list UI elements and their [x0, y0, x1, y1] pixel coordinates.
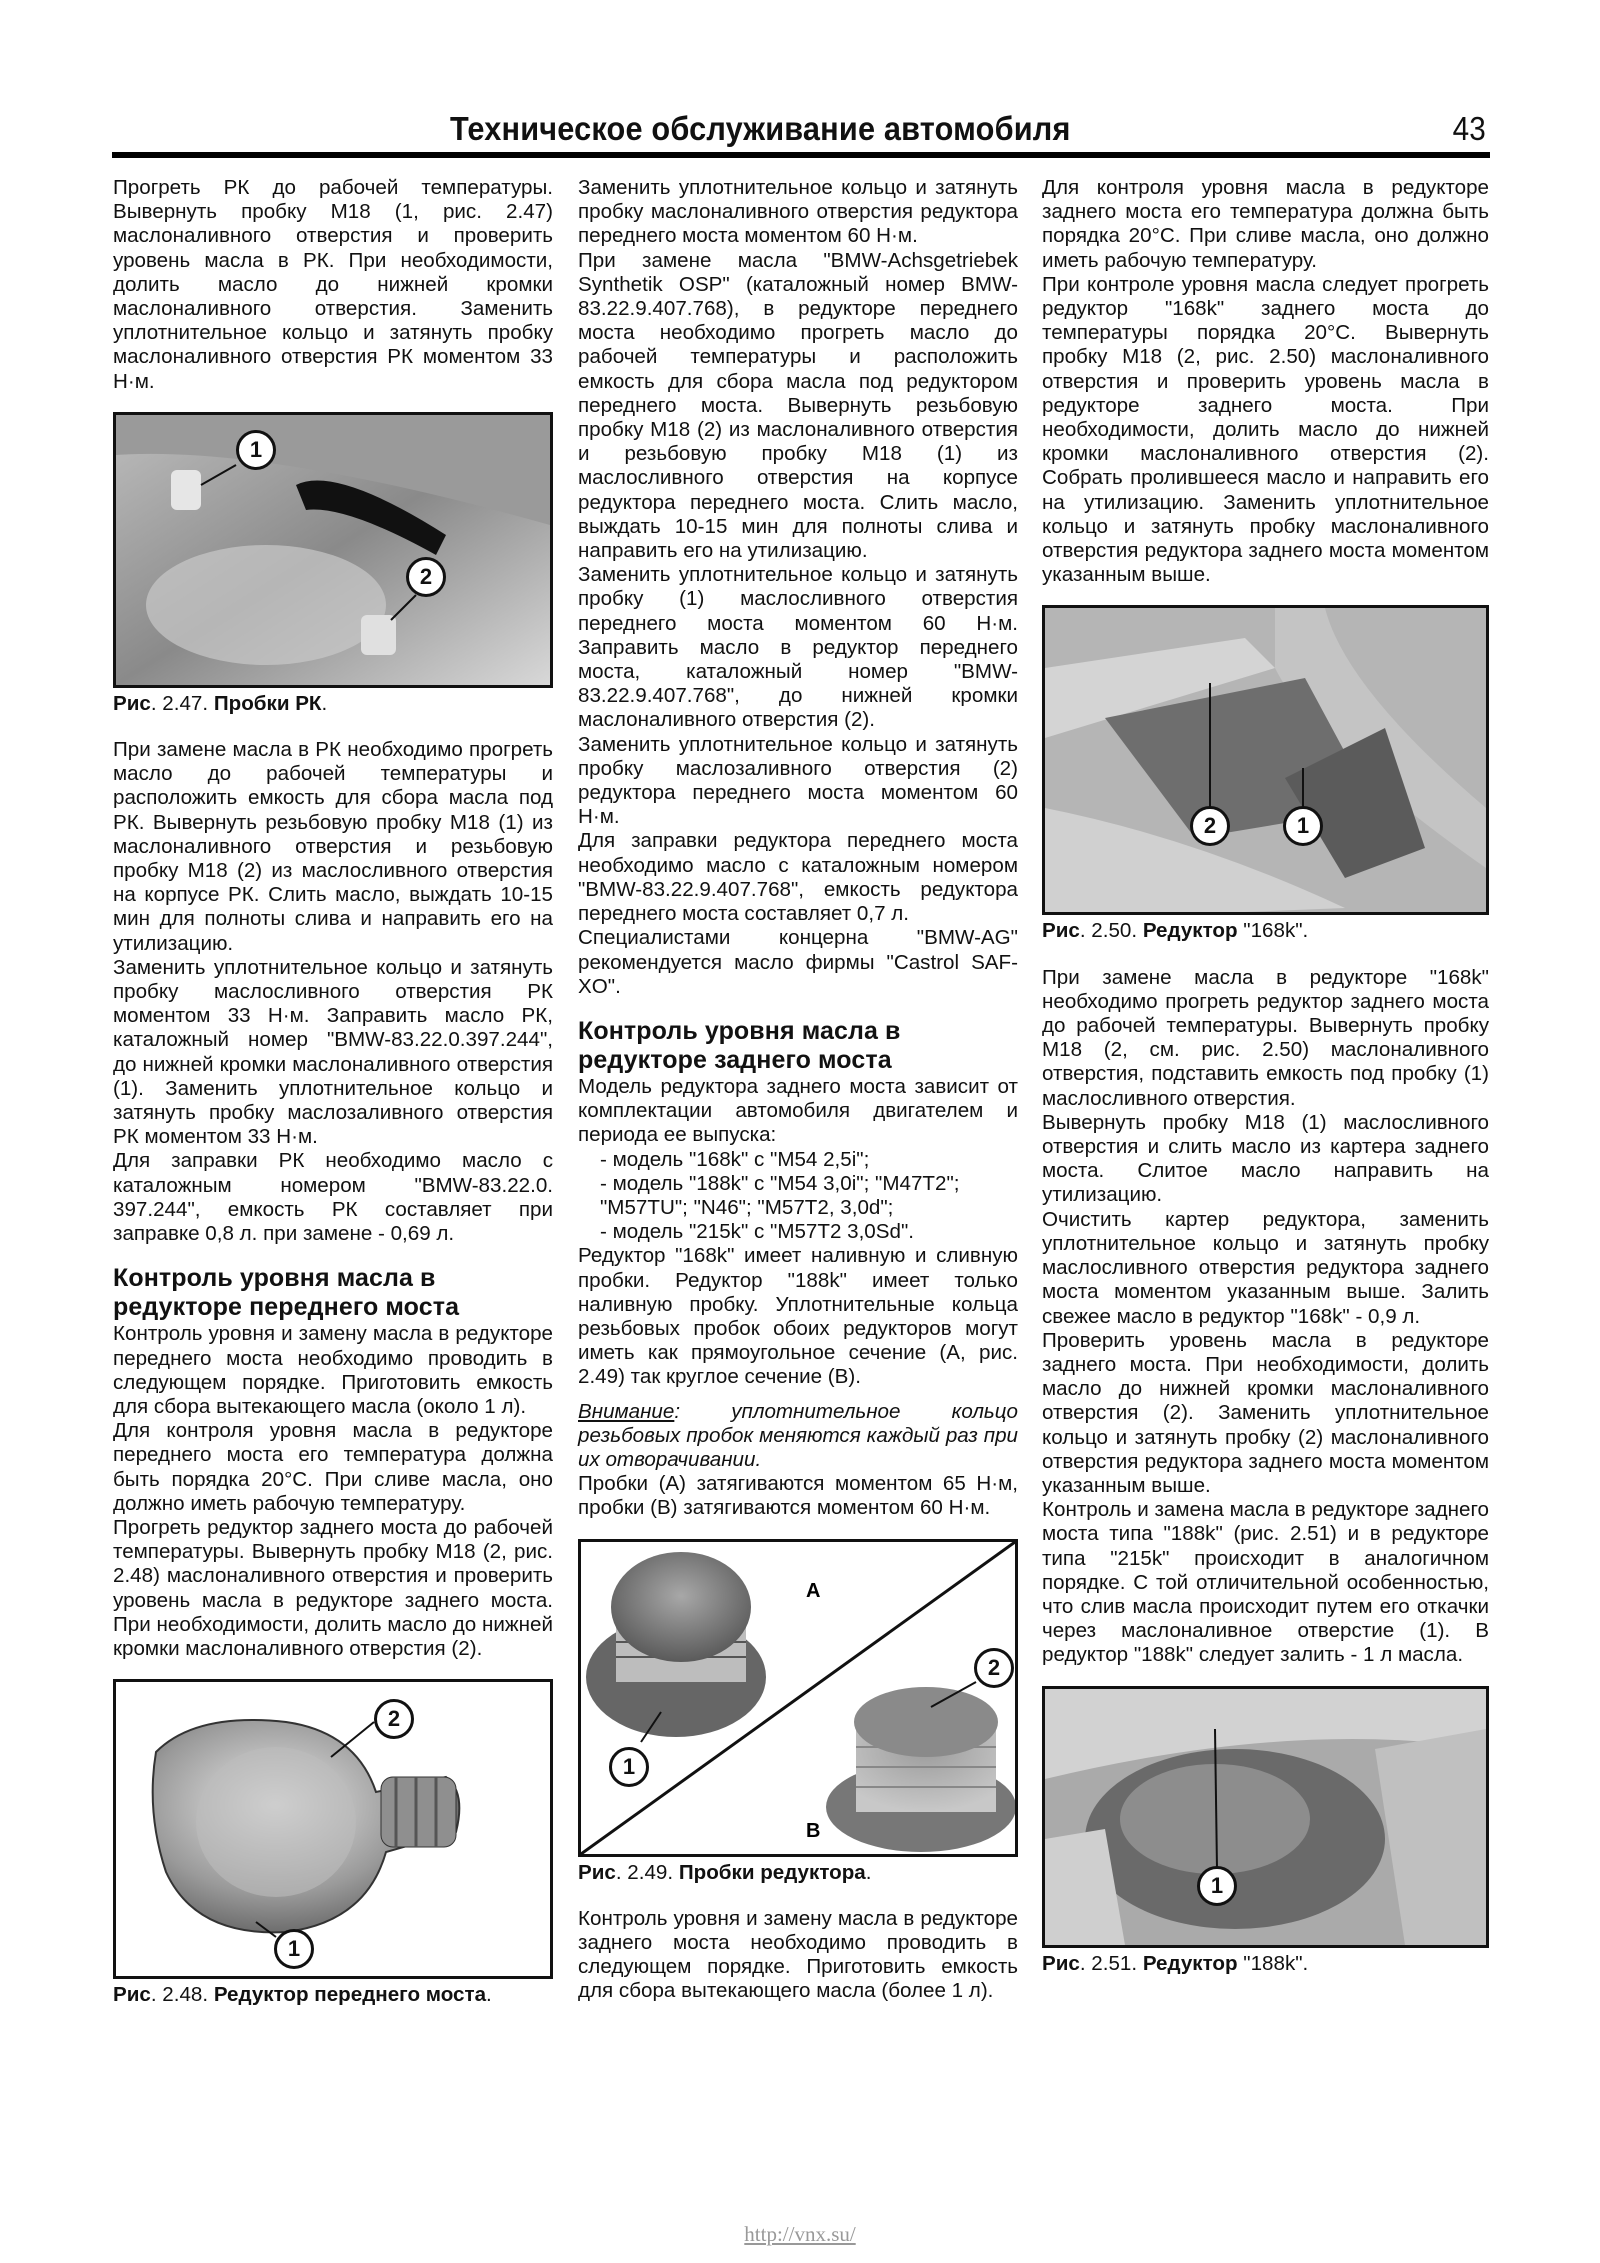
paragraph: При контроле уровня масла следует прогре…: [1042, 273, 1489, 588]
figure-2-51-caption: Рис. 2.51. Редуктор "188k".: [1042, 1952, 1489, 1976]
paragraph: Контроль уровня и замену масла в редукто…: [113, 1322, 553, 1419]
section-heading-front-axle: Контроль уровня масла в редукторе передн…: [113, 1264, 553, 1322]
paragraph: Прогреть редуктор заднего моста до рабоч…: [113, 1516, 553, 1661]
figure-2-48-image: 2 1: [113, 1679, 553, 1979]
paragraph: Прогреть РК до рабочей температуры. Выве…: [113, 176, 553, 394]
figure-2-51-image: 1: [1042, 1686, 1489, 1948]
callout-2: 2: [974, 1648, 1014, 1688]
callout-1: 1: [1197, 1866, 1237, 1906]
warning-label: Внимание: [578, 1400, 674, 1423]
paragraph: При замене масла в редукторе "168k" необ…: [1042, 966, 1489, 1111]
model-list-item: - модель "168k" с "M54 2,5i";: [578, 1148, 1018, 1172]
paragraph: Для контроля уровня масла в редукторе за…: [1042, 176, 1489, 273]
label-a: A: [806, 1580, 820, 1602]
callout-2: 2: [374, 1699, 414, 1739]
paragraph: Пробки (А) затягиваются моментом 65 Н·м,…: [578, 1472, 1018, 1520]
paragraph: Заменить уплотнительное кольцо и затянут…: [578, 563, 1018, 732]
paragraph: Вывернуть пробку М18 (1) маслосливного о…: [1042, 1111, 1489, 1208]
paragraph: Модель редуктора заднего моста зависит о…: [578, 1075, 1018, 1148]
paragraph: Для заправки РК необходимо масло с катал…: [113, 1149, 553, 1246]
paragraph: Заменить уплотнительное кольцо и затянут…: [113, 956, 553, 1150]
paragraph: Очистить картер редуктора, заменить упло…: [1042, 1208, 1489, 1329]
page-header: Техническое обслуживание автомобиля 43: [112, 108, 1490, 158]
paragraph: Редуктор "168k" имеет наливную и сливную…: [578, 1244, 1018, 1389]
warning-note: Внимание: уплотнительное кольцо резьбовы…: [578, 1400, 1018, 1473]
paragraph: Проверить уровень масла в редукторе задн…: [1042, 1329, 1489, 1498]
paragraph: Специалистами концерна "BMW-AG" рекоменд…: [578, 926, 1018, 999]
paragraph: Для контроля уровня масла в редукторе пе…: [113, 1419, 553, 1516]
model-list-item: - модель "215k" с "M57T2 3,0Sd".: [578, 1220, 1018, 1244]
figure-2-47-caption: Рис. 2.47. Пробки РК.: [113, 692, 553, 716]
column-3: Для контроля уровня масла в редукторе за…: [1042, 176, 1489, 1976]
figure-2-48-caption: Рис. 2.48. Редуктор переднего моста.: [113, 1983, 553, 2007]
paragraph: Заменить уплотнительное кольцо и затянут…: [578, 176, 1018, 249]
callout-2: 2: [406, 557, 446, 597]
paragraph: Для заправки редуктора переднего моста н…: [578, 829, 1018, 926]
front-axle-diagram: [116, 1682, 550, 1976]
paragraph: Контроль уровня и замену масла в редукто…: [578, 1907, 1018, 2004]
source-link[interactable]: http://vnx.su/: [0, 2222, 1600, 2247]
rear-axle-168k-photo: [1045, 608, 1486, 912]
header-rule: [112, 152, 1490, 158]
callout-1: 1: [236, 430, 276, 470]
paragraph: Заменить уплотнительное кольцо и затянут…: [578, 733, 1018, 830]
chapter-title: Техническое обслуживание автомобиля: [450, 110, 1071, 148]
column-2: Заменить уплотнительное кольцо и затянут…: [578, 176, 1018, 2004]
model-list-item: - модель "188k" с "M54 3,0i"; "M47T2"; "…: [578, 1172, 1018, 1220]
figure-2-49-caption: Рис. 2.49. Пробки редуктора.: [578, 1861, 1018, 1885]
figure-2-50-image: 2 1: [1042, 605, 1489, 915]
label-b: B: [806, 1820, 820, 1842]
paragraph: Контроль и замена масла в редукторе задн…: [1042, 1498, 1489, 1667]
page-number: 43: [1453, 110, 1486, 148]
figure-2-50-caption: Рис. 2.50. Редуктор "168k".: [1042, 919, 1489, 943]
column-1: Прогреть РК до рабочей температуры. Выве…: [113, 176, 553, 2007]
drain-plugs-photo: A B: [581, 1542, 1015, 1854]
section-heading-rear-axle: Контроль уровня масла в редукторе заднег…: [578, 1017, 1018, 1075]
figure-2-47-image: 1 2: [113, 412, 553, 688]
transfer-case-photo: [116, 415, 550, 685]
paragraph: При замене масла "BMW-Achsgetriebek Synt…: [578, 249, 1018, 564]
callout-1: 1: [274, 1929, 314, 1969]
callout-1: 1: [609, 1747, 649, 1787]
rear-axle-188k-photo: [1045, 1689, 1486, 1945]
figure-2-49-image: A B 1 2: [578, 1539, 1018, 1857]
paragraph: При замене масла в РК необходимо прогрет…: [113, 738, 553, 956]
